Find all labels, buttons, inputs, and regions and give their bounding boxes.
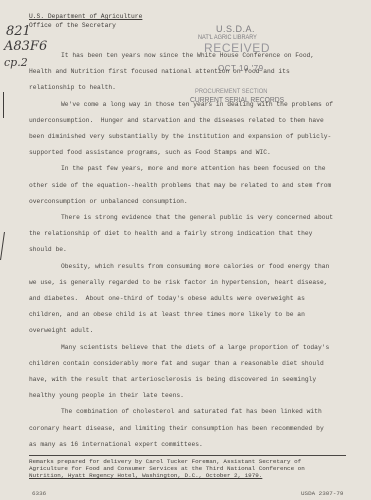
body-line: Many scientists believe that the diets o…: [61, 344, 329, 351]
body-line: underconsumption. Hunger and starvation …: [29, 117, 324, 124]
body-line: overweight adult.: [29, 327, 93, 334]
office-name: Office of the Secretary: [29, 21, 142, 30]
body-line: In the past few years, more and more att…: [61, 165, 326, 172]
body-line: children contain considerably more fat a…: [29, 360, 324, 367]
body-line: supported food assistance programs, such…: [29, 149, 271, 156]
handwritten-copy-note: cp.2: [4, 56, 28, 69]
department-name: U.S. Department of Agriculture: [29, 12, 142, 21]
body-line: There is strong evidence that the genera…: [61, 214, 333, 221]
body-line: children, and an obese child is at least…: [29, 311, 305, 318]
footnote: Remarks prepared for delivery by Carol T…: [29, 458, 349, 479]
body-line: have, with the result that arteriosclero…: [29, 376, 316, 383]
body-line: relationship to health.: [29, 84, 116, 91]
body-line: and diabetes. About one-third of today's…: [29, 295, 305, 302]
page-code-right: USDA 2307-79: [301, 490, 343, 497]
stamp-library: NAT'L AGRIC LIBRARY: [198, 34, 257, 41]
letterhead: U.S. Department of Agriculture Office of…: [29, 12, 142, 30]
body-line: overconsumption or unbalanced consumptio…: [29, 198, 188, 205]
body-line: It has been ten years now since the Whit…: [61, 52, 314, 59]
body-line: other side of the equation--health probl…: [29, 182, 331, 189]
footnote-divider: [29, 455, 346, 456]
handwritten-call-number-2: A83F6: [4, 39, 47, 54]
footnote-line: Nutrition, Hyatt Regency Hotel, Washingt…: [29, 472, 349, 479]
stamp-usda: U.S.D.A.: [216, 24, 255, 34]
body-line: the relationship of diet to health and a…: [29, 230, 312, 237]
body-line: Health and Nutrition first focused natio…: [29, 68, 290, 75]
stamp-procurement: PROCUREMENT SECTION: [195, 88, 267, 95]
body-line: healthy young people in their late teens…: [29, 392, 184, 399]
body-line: We've come a long way in those ten years…: [61, 101, 333, 108]
margin-mark: [0, 232, 5, 260]
body-line: we use, is generally regarded to be risk…: [29, 279, 328, 286]
handwritten-call-number-1: 821: [6, 24, 31, 39]
body-line: as many as 16 international expert commi…: [29, 441, 203, 448]
footnote-line: Agriculture for Food and Consumer Servic…: [29, 465, 349, 472]
document-page: U.S. Department of Agriculture Office of…: [0, 0, 371, 500]
body-line: should be.: [29, 246, 67, 253]
body-line: Obesity, which results from consuming mo…: [61, 263, 329, 270]
body-line: The combination of cholesterol and satur…: [61, 408, 322, 415]
body-line: coronary heart disease, and limiting the…: [29, 425, 324, 432]
margin-mark: [3, 92, 4, 118]
page-code-left: 6336: [32, 490, 46, 497]
body-line: been diminished very substantially by th…: [29, 133, 331, 140]
footnote-line: Remarks prepared for delivery by Carol T…: [29, 458, 349, 465]
